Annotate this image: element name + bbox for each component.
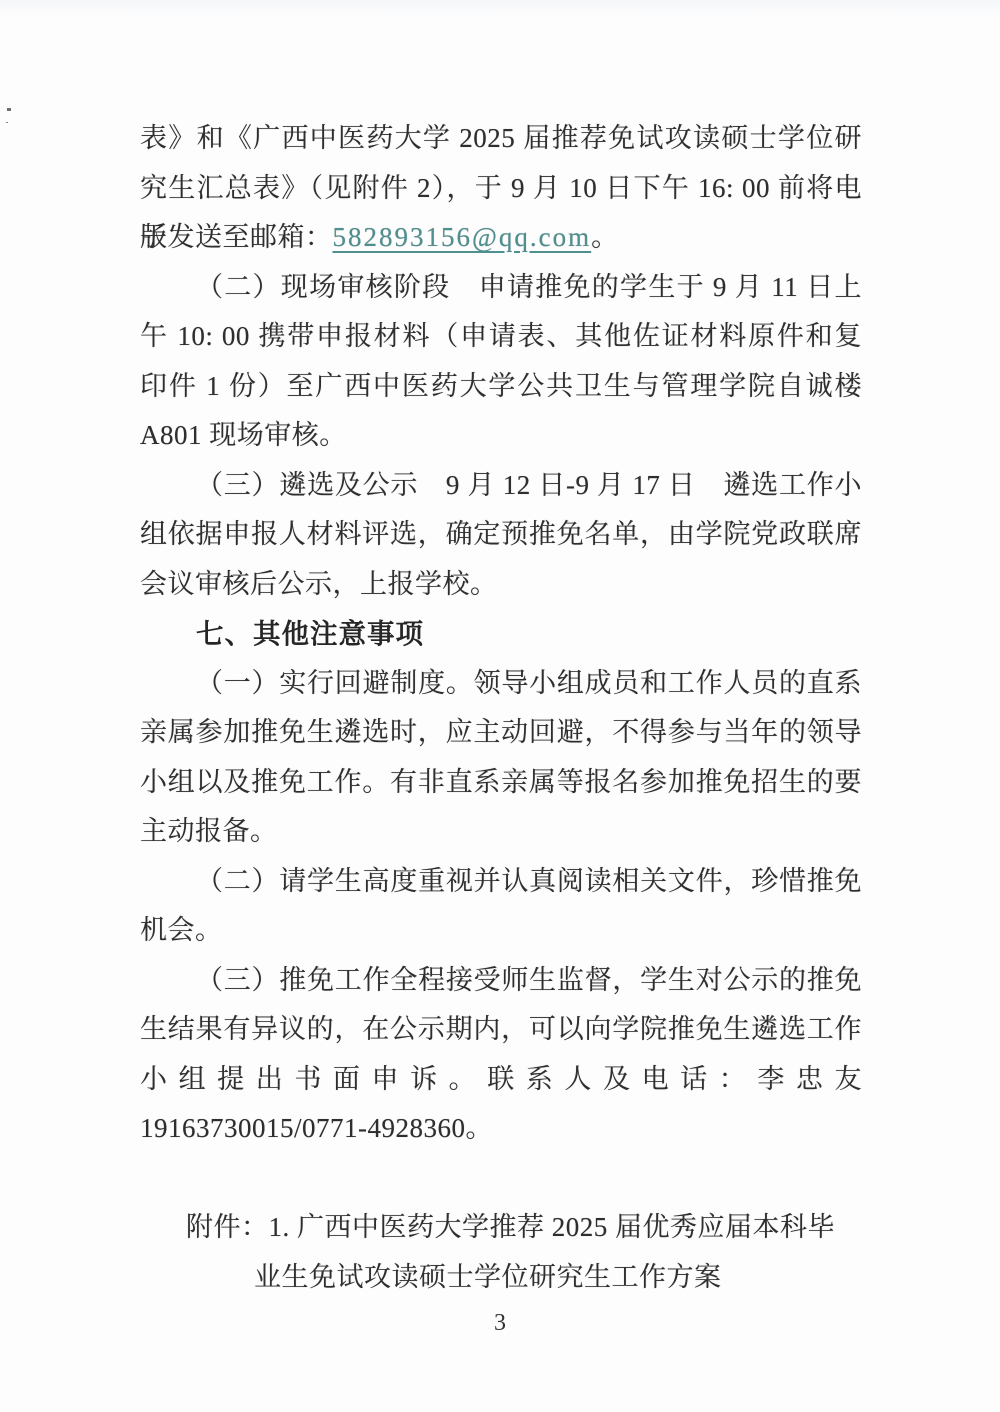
doc-line: （三）推免工作全程接受师生监督，学生对公示的推免: [140, 956, 862, 1006]
doc-line: 主动报备。: [140, 807, 862, 857]
scan-artifact-dots: [7, 108, 11, 111]
doc-line: 午 10: 00 携带申报材料（申请表、其他佐证材料原件和复: [140, 312, 862, 362]
email-line-suffix: 。: [591, 222, 619, 252]
doc-line: A801 现场审核。: [140, 411, 862, 461]
doc-line: （二）现场审核阶段 申请推免的学生于 9 月 11 日上: [140, 263, 862, 313]
doc-line: （二）请学生高度重视并认真阅读相关文件，珍惜推免: [140, 857, 862, 907]
doc-line: 印件 1 份）至广西中医药大学公共卫生与管理学院自诚楼: [140, 362, 862, 412]
attachment-line: 附件：1. 广西中医药大学推荐 2025 届优秀应届本科毕: [140, 1203, 862, 1253]
doc-line: 小组提出书面申诉。联系人及电话：李忠友: [140, 1055, 862, 1105]
doc-line: （一）实行回避制度。领导小组成员和工作人员的直系: [140, 659, 862, 709]
doc-line: 会议审核后公示，上报学校。: [140, 560, 862, 610]
doc-line-email: 版发送至邮箱：582893156@qq.com。: [140, 213, 862, 263]
doc-line: 究生汇总表》（见附件 2），于 9 月 10 日下午 16: 00 前将电子: [140, 164, 862, 214]
doc-line: 机会。: [140, 906, 862, 956]
section-heading-other-notes: 七、其他注意事项: [140, 609, 862, 659]
doc-line-phone: 19163730015/0771-4928360。: [140, 1104, 862, 1154]
document-body: 表》和《广西中医药大学 2025 届推荐免试攻读硕士学位研 究生汇总表》（见附件…: [140, 114, 862, 1302]
doc-line: 小组以及推免工作。有非直系亲属等报名参加推免招生的要: [140, 758, 862, 808]
page-number: 3: [0, 1310, 1000, 1337]
doc-line: （三）遴选及公示 9 月 12 日-9 月 17 日 遴选工作小: [140, 461, 862, 511]
document-page: 表》和《广西中医药大学 2025 届推荐免试攻读硕士学位研 究生汇总表》（见附件…: [0, 0, 1000, 1412]
doc-line: 组依据申报人材料评选，确定预推免名单，由学院党政联席: [140, 510, 862, 560]
blank-line: [140, 1154, 862, 1204]
doc-line: 生结果有异议的，在公示期内，可以向学院推免生遴选工作: [140, 1005, 862, 1055]
email-line-prefix: 版发送至邮箱：: [140, 222, 333, 252]
doc-line: 表》和《广西中医药大学 2025 届推荐免试攻读硕士学位研: [140, 114, 862, 164]
attachment-line: 业生免试攻读硕士学位研究生工作方案: [140, 1253, 862, 1303]
doc-line: 亲属参加推免生遴选时，应主动回避，不得参与当年的领导: [140, 708, 862, 758]
email-link[interactable]: 582893156@qq.com: [333, 222, 592, 252]
